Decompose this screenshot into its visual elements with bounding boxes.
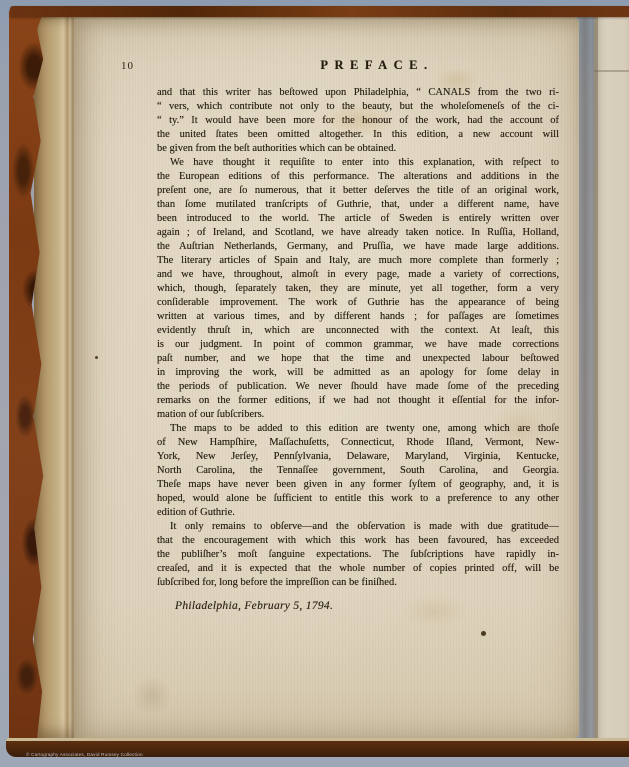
stain xyxy=(402,595,468,627)
text-line: remarks on the former editions, if we ha… xyxy=(157,394,559,408)
signature-line: Philadelphia, February 5, 1794. xyxy=(175,600,333,612)
text-line: North Carolina, the Tennaſſee government… xyxy=(157,464,559,478)
text-line: which, though, ſeparately taken, they ar… xyxy=(157,282,559,296)
text-line: the European editions of this performanc… xyxy=(157,170,559,184)
text-line: evidently thruſt in, which are unconnect… xyxy=(157,324,559,338)
text-line: of New Hampſhire, Maſſachuſetts, Connect… xyxy=(157,436,559,450)
page-number: 10 xyxy=(121,60,134,72)
page-edge-line xyxy=(594,70,629,72)
text-line: the Auſtrian Netherlands, Germany, and P… xyxy=(157,240,559,254)
text-line: mation of our ſubſcribers. xyxy=(157,408,559,422)
text-line: paſt number, and we hope that the time a… xyxy=(157,352,559,366)
text-line: the united ſtates been omitted altogethe… xyxy=(157,128,559,142)
underlying-page-edge xyxy=(594,10,629,743)
text-line: edition of Guthrie. xyxy=(157,506,559,520)
text-block: and that this writer has beſtowed upon P… xyxy=(157,86,559,590)
binding-hinge xyxy=(34,13,74,741)
text-line: “ vers, which contribute not only to the… xyxy=(157,100,559,114)
text-line: “ ty.” It would have been more for the h… xyxy=(157,114,559,128)
text-line: creaſed, and it is expected that the who… xyxy=(157,562,559,576)
text-line: in improving the work, will be admitted … xyxy=(157,366,559,380)
text-line: Theſe maps have never been given in any … xyxy=(157,478,559,492)
text-line: conſiderable improvement. The work of Gu… xyxy=(157,296,559,310)
text-line: preſent one, are ſo numerous, that it be… xyxy=(157,184,559,198)
book-page: 10 PREFACE. and that this writer has beſ… xyxy=(72,15,579,739)
collection-watermark: © Cartography Associates, David Rumsey C… xyxy=(26,753,143,758)
text-line: the publiſher’s moſt ſanguine expectatio… xyxy=(157,548,559,562)
book-scan: 10 PREFACE. and that this writer has beſ… xyxy=(0,0,629,767)
text-line: written at various times, and by differe… xyxy=(157,310,559,324)
stain xyxy=(481,631,486,636)
text-line: hoped, would alone be ſufficient to enti… xyxy=(157,492,559,506)
text-line: York, New Jerſey, Pennſylvania, Delaware… xyxy=(157,450,559,464)
text-line: and we have, throughout, almoſt in every… xyxy=(157,268,559,282)
stain xyxy=(132,675,172,715)
page-title: PREFACE. xyxy=(177,58,577,73)
text-line: than ſome mutilated tranſcripts of Guthr… xyxy=(157,198,559,212)
text-line: been introduced to the world. The articl… xyxy=(157,212,559,226)
stain xyxy=(95,356,98,359)
text-line: The maps to be added to this edition are… xyxy=(157,422,559,436)
text-line: that the encouragement with which this w… xyxy=(157,534,559,548)
text-line: the periods of publication. We never ſho… xyxy=(157,380,559,394)
book-top-edge xyxy=(10,6,629,17)
text-line: We have thought it requiſite to enter in… xyxy=(157,156,559,170)
text-line: be given from the beſt authorities which… xyxy=(157,142,559,156)
text-line: ſubſcribed for, long before the impreſſi… xyxy=(157,576,559,590)
text-line: is our judgment. In point of common gram… xyxy=(157,338,559,352)
text-line: It only remains to obſerve—and the obſer… xyxy=(157,520,559,534)
text-line: The literary articles of Spain and Italy… xyxy=(157,254,559,268)
text-line: and that this writer has beſtowed upon P… xyxy=(157,86,559,100)
text-line: again ; of Ireland, and Scotland, we hav… xyxy=(157,226,559,240)
